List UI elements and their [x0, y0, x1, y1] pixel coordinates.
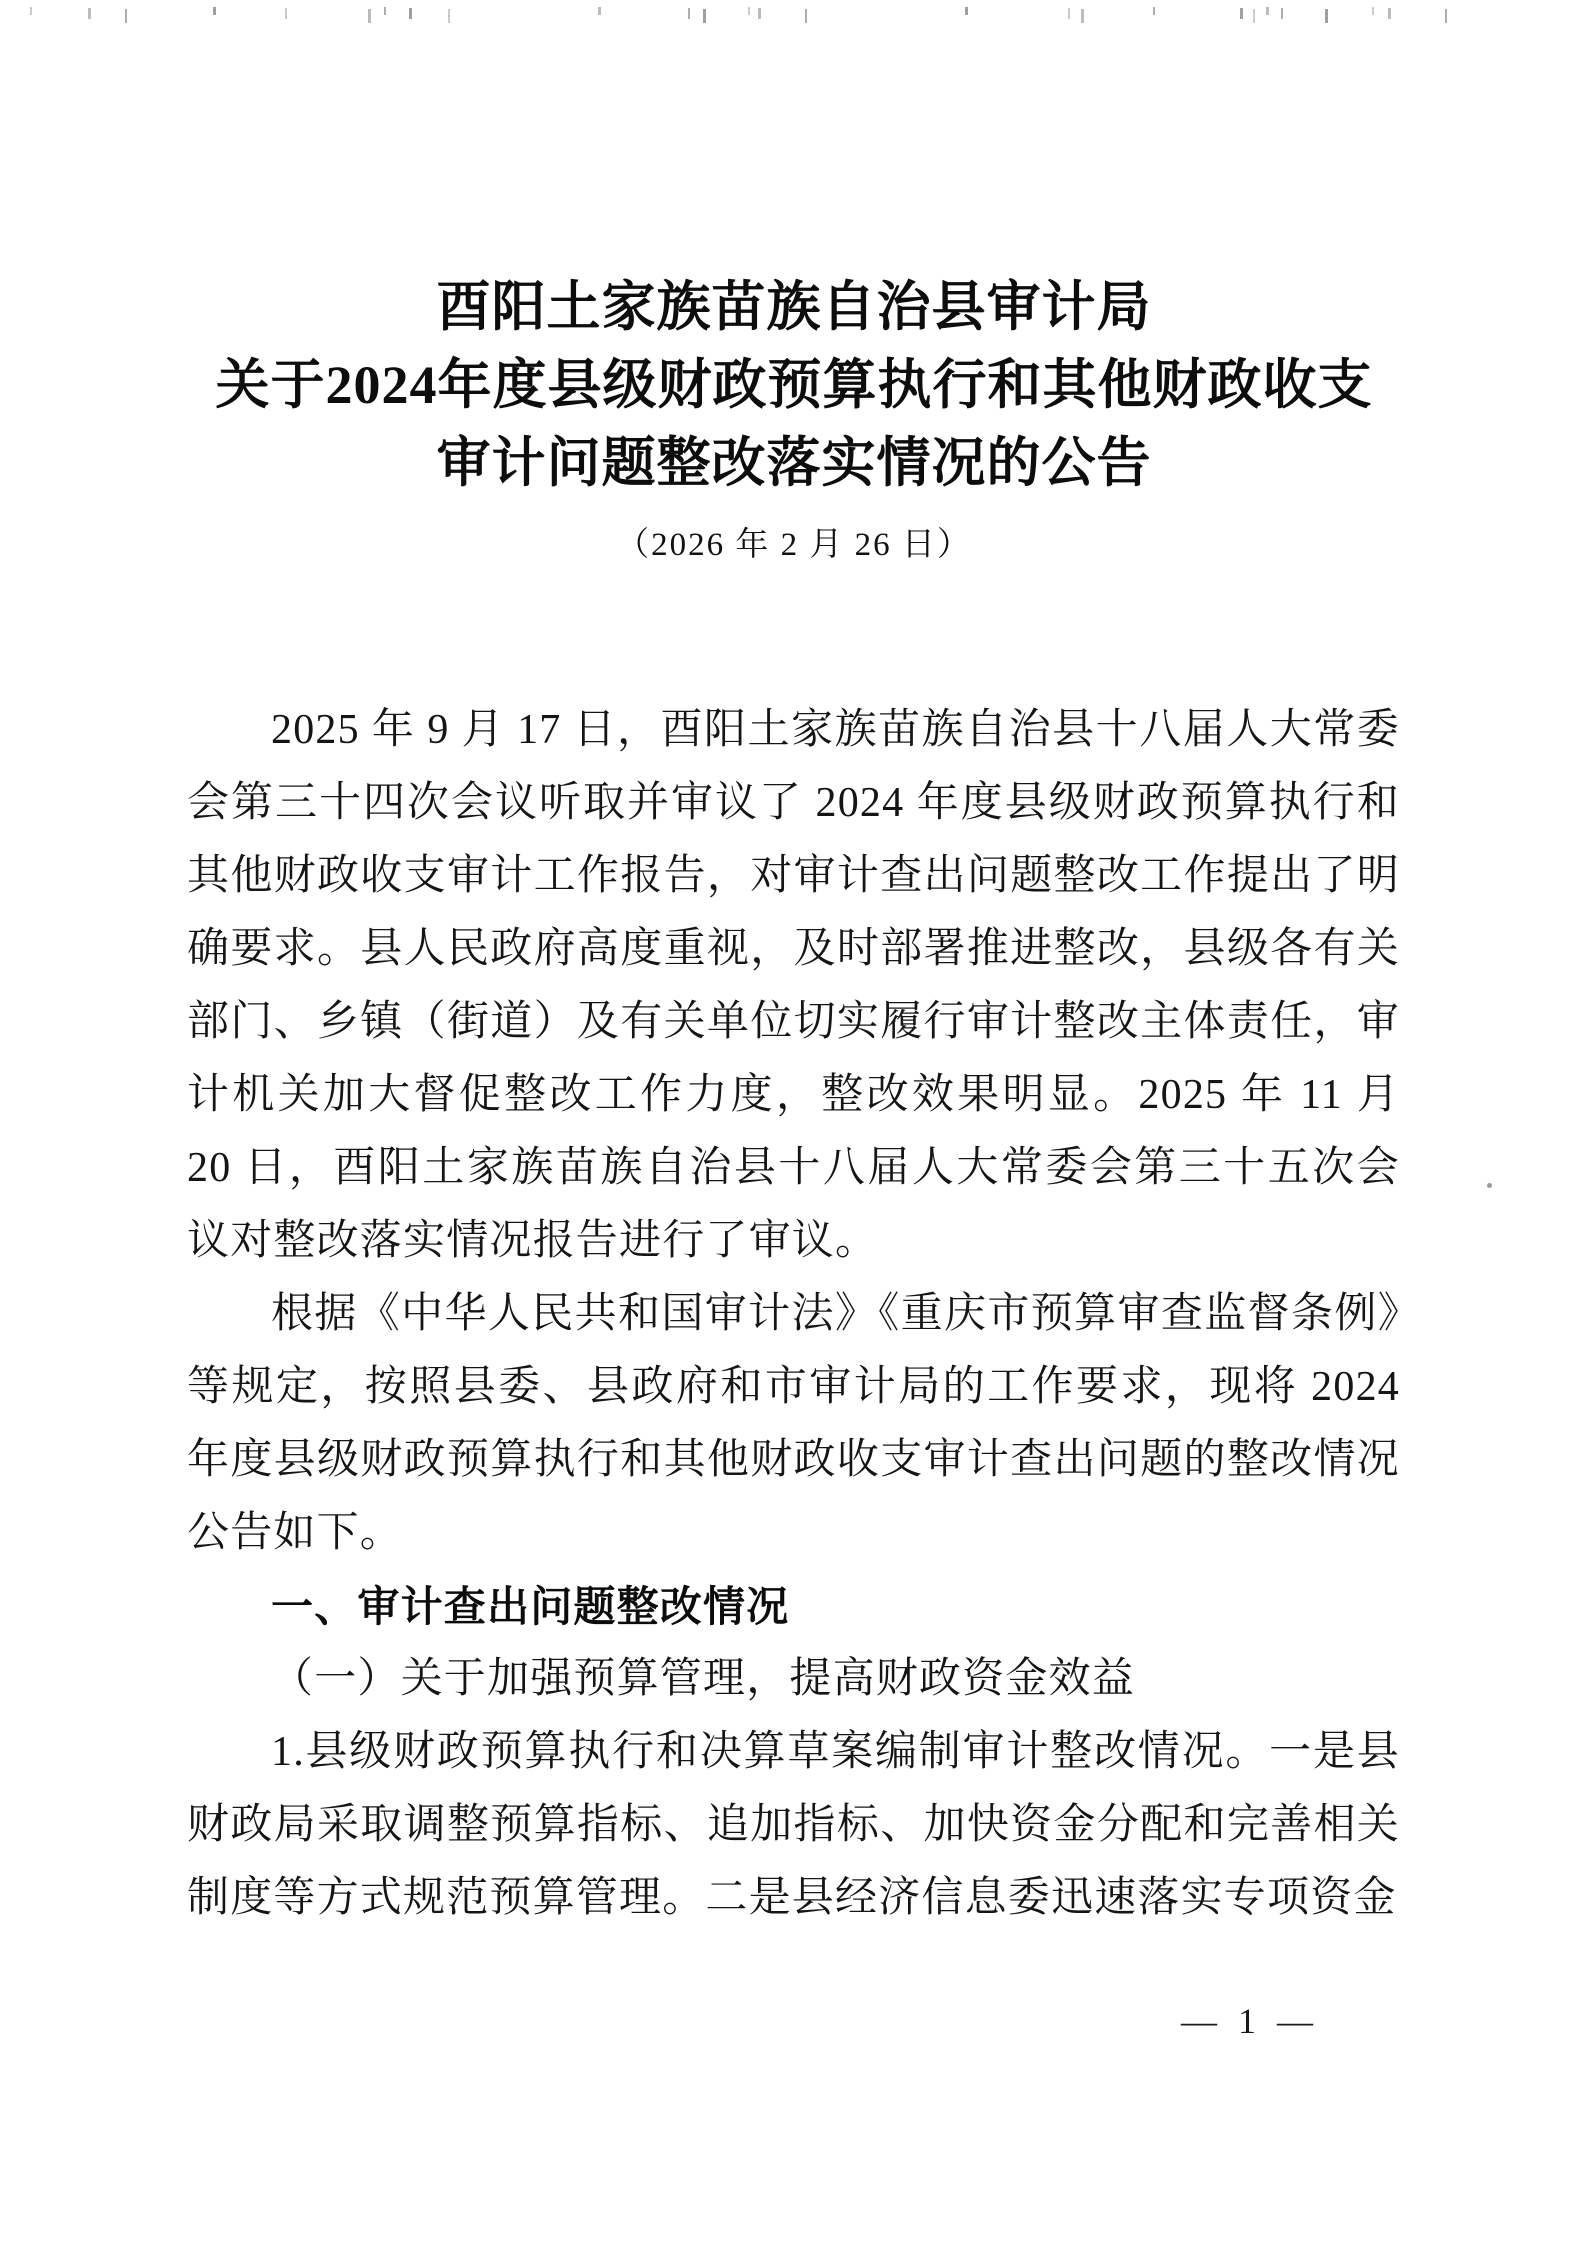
paragraph: 2025 年 9 月 17 日，酉阳土家族苗族自治县十八届人大常委会第三十四次会… — [187, 694, 1400, 1278]
scan-tick — [748, 7, 750, 15]
scan-tick — [1068, 8, 1070, 19]
scan-tick — [1388, 8, 1391, 19]
scan-tick — [1081, 9, 1084, 23]
scan-tick — [285, 8, 287, 19]
scan-tick — [384, 7, 386, 15]
page-number: — 1 — — [1150, 2000, 1350, 2042]
scan-tick — [125, 9, 127, 23]
scan-tick — [1240, 8, 1243, 19]
document-date: （2026 年 2 月 26 日） — [0, 522, 1588, 568]
scan-tick — [965, 7, 968, 15]
scan-tick — [448, 9, 450, 23]
scan-tick — [88, 8, 91, 19]
document-body: 2025 年 9 月 17 日，酉阳土家族苗族自治县十八届人大常委会第三十四次会… — [187, 694, 1400, 1935]
scan-tick — [1253, 9, 1255, 23]
scan-tick — [805, 9, 807, 23]
scan-tick — [1445, 9, 1447, 23]
scan-tick — [1266, 7, 1269, 15]
document-page: 酉阳土家族苗族自治县审计局 关于2024年度县级财政预算执行和其他财政收支 审计… — [0, 0, 1588, 2246]
scan-tick — [703, 9, 706, 23]
document-title: 酉阳土家族苗族自治县审计局 关于2024年度县级财政预算执行和其他财政收支 审计… — [0, 268, 1588, 502]
scan-tick — [213, 7, 216, 15]
scan-tick — [688, 8, 690, 19]
scan-tick — [1153, 7, 1155, 15]
title-line-2: 关于2024年度县级财政预算执行和其他财政收支 — [0, 346, 1588, 424]
scan-tick — [409, 8, 412, 19]
scan-tick — [598, 7, 601, 15]
paragraph: 1.县级财政预算执行和决算草案编制审计整改情况。一是县财政局采取调整预算指标、追… — [187, 1716, 1400, 1935]
scan-tick — [1281, 8, 1283, 19]
scan-tick — [1325, 9, 1328, 23]
scan-tick — [1372, 7, 1374, 15]
scan-tick — [758, 8, 761, 19]
scan-speck — [1487, 1183, 1492, 1188]
section-heading: 一、审计查出问题整改情况 — [187, 1570, 1400, 1643]
scan-tick — [368, 9, 371, 23]
title-line-3: 审计问题整改落实情况的公告 — [0, 424, 1588, 502]
section-heading: （一）关于加强预算管理，提高财政资金效益 — [187, 1643, 1400, 1716]
paragraph: 根据《中华人民共和国审计法》《重庆市预算审查监督条例》等规定，按照县委、县政府和… — [187, 1278, 1400, 1570]
scan-tick — [30, 7, 32, 15]
title-line-1: 酉阳土家族苗族自治县审计局 — [0, 268, 1588, 346]
